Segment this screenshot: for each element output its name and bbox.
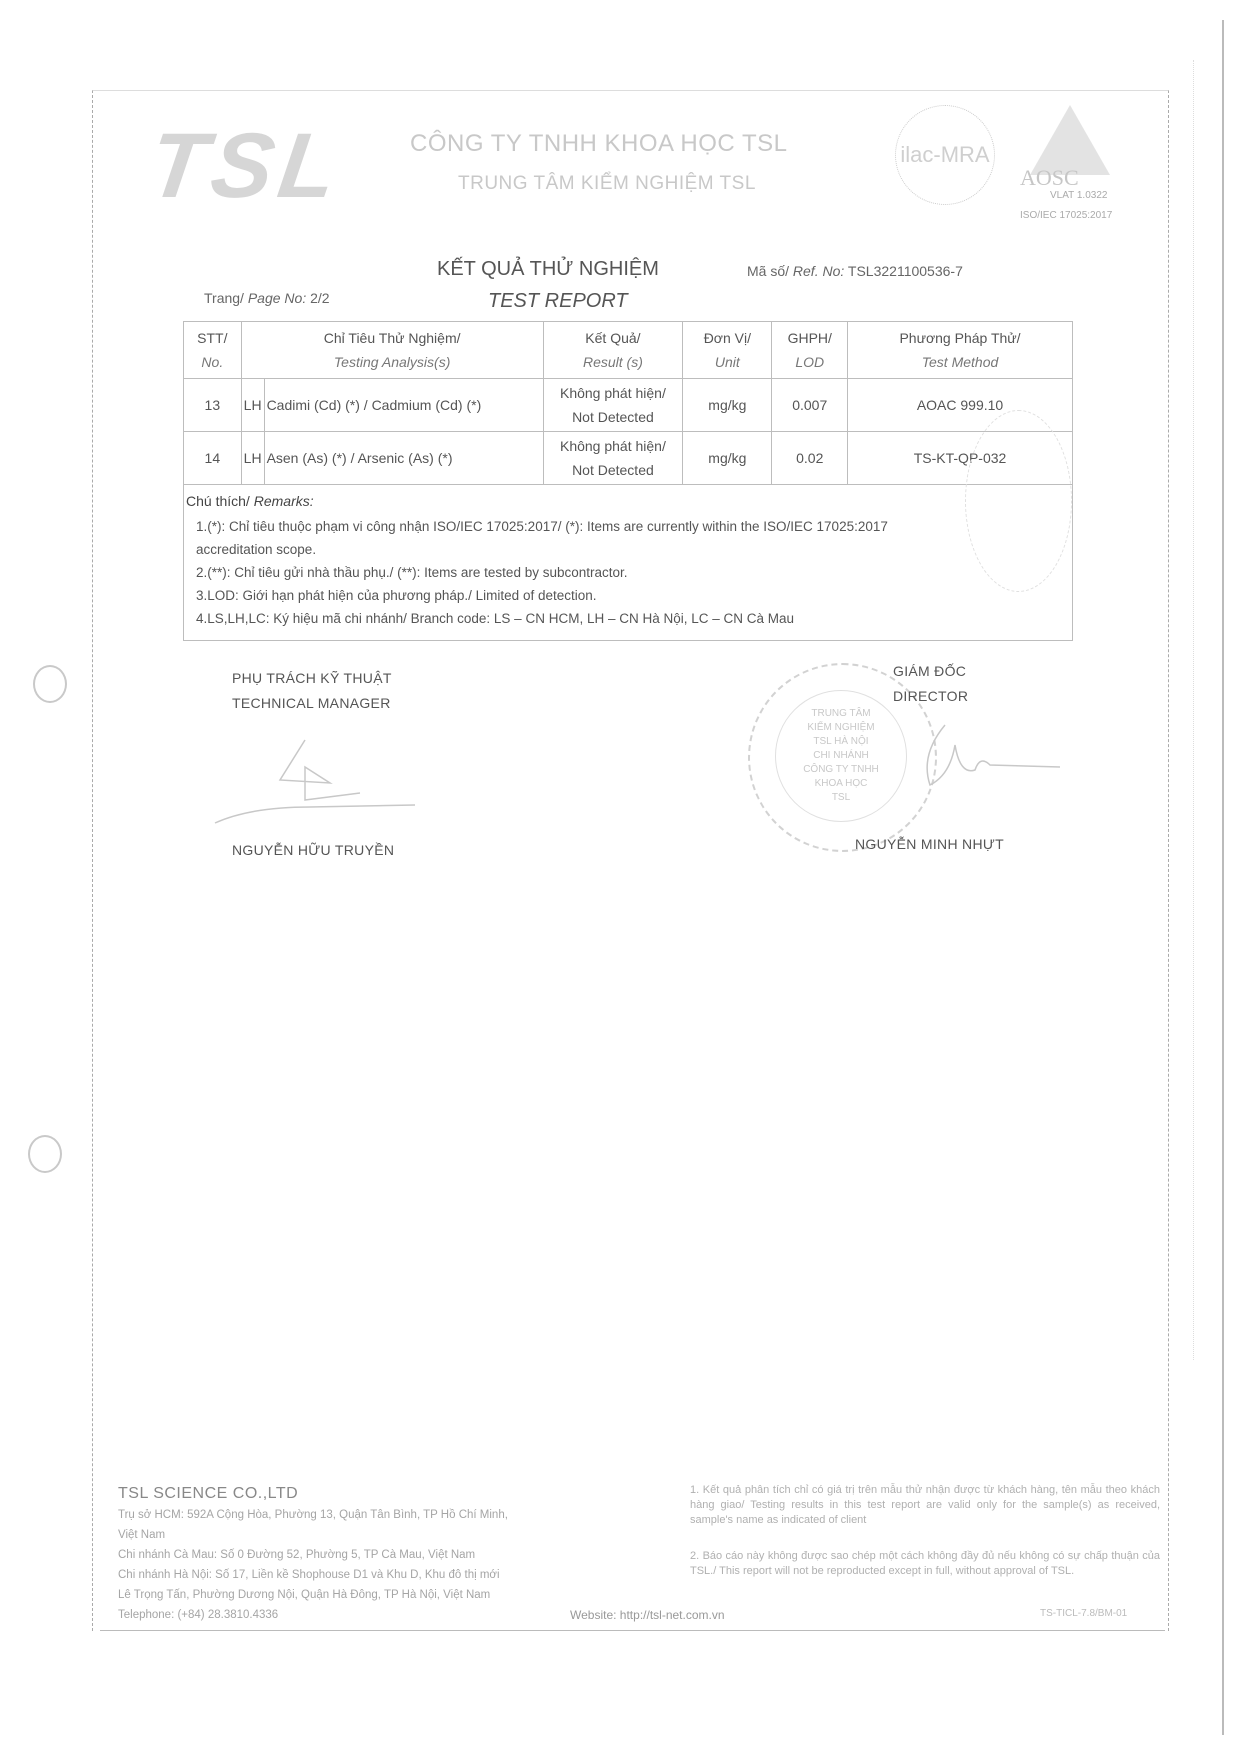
report-title-vn: KẾT QUẢ THỬ NGHIỆM bbox=[437, 258, 659, 281]
footer-address: Lê Trọng Tấn, Phường Dương Nội, Quận Hà … bbox=[118, 1589, 490, 1601]
footer-website: Website: http://tsl-net.com.vn bbox=[570, 1608, 725, 1622]
remark-line: accreditation scope. bbox=[196, 542, 316, 557]
right-signer-name: NGUYỄN MINH NHỰT bbox=[855, 836, 1004, 852]
header-unit: Đơn Vị/Unit bbox=[683, 322, 772, 379]
company-name: CÔNG TY TNHH KHOA HỌC TSL bbox=[410, 130, 787, 158]
ref-value: TSL3221100536-7 bbox=[848, 263, 963, 279]
footer-form-code: TS-TICL-7.8/BM-01 bbox=[1040, 1608, 1127, 1619]
cell-analysis: Asen (As) (*) / Arsenic (As) (*) bbox=[264, 432, 543, 485]
remark-line: 1.(*): Chỉ tiêu thuộc phạm vi công nhận … bbox=[196, 519, 888, 534]
report-title-en: TEST REPORT bbox=[488, 290, 628, 313]
footer-telephone: Telephone: (+84) 28.3810.4336 bbox=[118, 1609, 278, 1621]
footer-address: Chi nhánh Cà Mau: Số 0 Đường 52, Phường … bbox=[118, 1549, 475, 1561]
page-frame-bottom bbox=[100, 1630, 1165, 1631]
cell-result: Không phát hiện/Not Detected bbox=[543, 432, 683, 485]
scan-edge bbox=[1222, 20, 1224, 1735]
ref-label-vn: Mã số/ bbox=[747, 263, 789, 279]
ref-number: Mã số/ Ref. No: TSL3221100536-7 bbox=[747, 263, 963, 279]
remark-line: 2.(**): Chỉ tiêu gửi nhà thầu phụ./ (**)… bbox=[196, 565, 628, 580]
table-row: 14 LH Asen (As) (*) / Arsenic (As) (*) K… bbox=[184, 432, 1073, 485]
remark-line: 4.LS,LH,LC: Ký hiệu mã chi nhánh/ Branch… bbox=[196, 611, 794, 626]
page-value: 2/2 bbox=[310, 290, 329, 306]
cell-result: Không phát hiện/Not Detected bbox=[543, 379, 683, 432]
remarks-box: Chú thích/ Remarks: 1.(*): Chỉ tiêu thuộ… bbox=[183, 485, 1073, 641]
footer-note: 2. Báo cáo này không được sao chép một c… bbox=[690, 1549, 1160, 1579]
footer-address: Việt Nam bbox=[118, 1529, 165, 1541]
remark-line: 3.LOD: Giới hạn phát hiện của phương phá… bbox=[196, 588, 597, 603]
company-stamp-text: TRUNG TÂM KIỂM NGHIỆM TSL HÀ NỘI CHI NHÁ… bbox=[775, 690, 907, 822]
center-name: TRUNG TÂM KIỂM NGHIỆM TSL bbox=[458, 173, 756, 195]
tsl-logo: TSL bbox=[144, 120, 349, 212]
ilac-logo-text: ilac-MRA bbox=[900, 142, 989, 168]
cell-analysis: Cadimi (Cd) (*) / Cadmium (Cd) (*) bbox=[264, 379, 543, 432]
punch-hole-icon bbox=[33, 665, 67, 703]
left-signer-role-vn: PHỤ TRÁCH KỸ THUẬT bbox=[232, 670, 392, 686]
aosc-standard: ISO/IEC 17025:2017 bbox=[1020, 210, 1112, 221]
table-row: 13 LH Cadimi (Cd) (*) / Cadmium (Cd) (*)… bbox=[184, 379, 1073, 432]
footer-address: Chi nhánh Hà Nội: Số 17, Liền kề Shophou… bbox=[118, 1569, 500, 1581]
left-signer-role-en: TECHNICAL MANAGER bbox=[232, 695, 391, 711]
aosc-code: VLAT 1.0322 bbox=[1050, 190, 1107, 201]
results-table: STT/No. Chỉ Tiêu Thử Nghiệm/Testing Anal… bbox=[183, 321, 1073, 485]
signature-icon bbox=[210, 735, 430, 830]
cell-branch: LH bbox=[241, 432, 264, 485]
right-signer-role-vn: GIÁM ĐỐC bbox=[893, 663, 966, 679]
punch-hole-icon bbox=[28, 1135, 62, 1173]
cell-lod: 0.02 bbox=[772, 432, 848, 485]
footer-note: 1. Kết quả phân tích chỉ có giá trị trên… bbox=[690, 1483, 1160, 1528]
aosc-logo-text: AOSC bbox=[1020, 165, 1079, 191]
cell-unit: mg/kg bbox=[683, 432, 772, 485]
header-lod: GHPH/LOD bbox=[772, 322, 848, 379]
page-label-vn: Trang/ bbox=[204, 290, 244, 306]
page-label-en: Page No: bbox=[248, 290, 306, 306]
remarks-heading: Chú thích/ Remarks: bbox=[186, 493, 314, 509]
cell-unit: mg/kg bbox=[683, 379, 772, 432]
page-number: Trang/ Page No: 2/2 bbox=[204, 290, 330, 306]
ref-label-en: Ref. No: bbox=[793, 263, 844, 279]
right-signer-role-en: DIRECTOR bbox=[893, 688, 968, 704]
scan-guide-line bbox=[1193, 60, 1195, 1360]
signature-icon bbox=[890, 715, 1070, 805]
header-no: STT/No. bbox=[184, 322, 242, 379]
header-result: Kết Quả/Result (s) bbox=[543, 322, 683, 379]
cell-branch: LH bbox=[241, 379, 264, 432]
header-method: Phương Pháp Thử/Test Method bbox=[848, 322, 1073, 379]
ilac-mra-logo: ilac-MRA bbox=[895, 105, 995, 205]
table-header-row: STT/No. Chỉ Tiêu Thử Nghiệm/Testing Anal… bbox=[184, 322, 1073, 379]
header-analysis: Chỉ Tiêu Thử Nghiệm/Testing Analysis(s) bbox=[241, 322, 543, 379]
footer-address: Trụ sở HCM: 592A Cộng Hòa, Phường 13, Qu… bbox=[118, 1509, 508, 1521]
footer-company: TSL SCIENCE CO.,LTD bbox=[118, 1485, 298, 1503]
left-signer-name: NGUYỄN HỮU TRUYỀN bbox=[232, 842, 394, 858]
cell-no: 13 bbox=[184, 379, 242, 432]
cell-lod: 0.007 bbox=[772, 379, 848, 432]
cell-no: 14 bbox=[184, 432, 242, 485]
